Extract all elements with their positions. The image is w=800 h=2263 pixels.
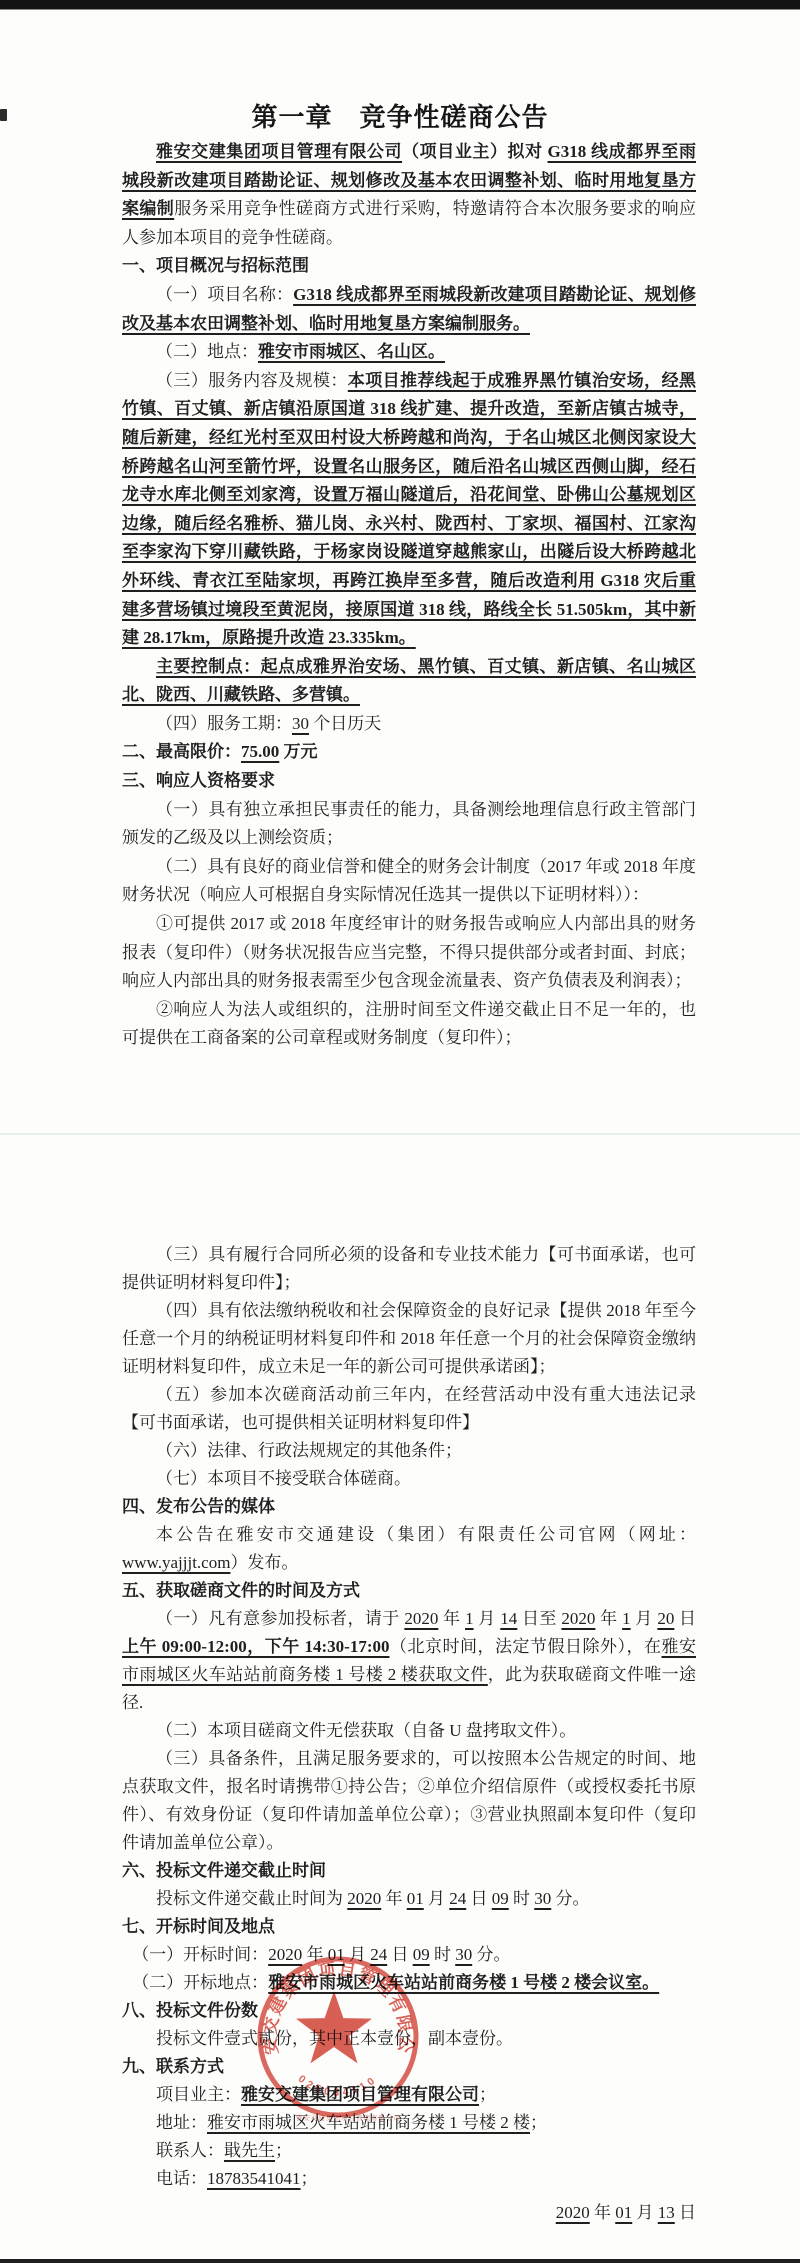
section-heading: 七、开标时间及地点 <box>122 1913 696 1941</box>
paragraph: ①可提供 2017 或 2018 年度经审计的财务报告或响应人内部出具的财务报表… <box>122 910 696 996</box>
paragraph: （四）服务工期：30 个日历天 <box>122 710 696 739</box>
paragraph: 本公告在雅安市交通建设（集团）有限责任公司官网（网址：www.yajjjt.co… <box>122 1521 696 1577</box>
paragraph: （四）具有依法缴纳税收和社会保障资金的良好记录【提供 2018 年至今任意一个月… <box>122 1297 696 1381</box>
paragraph: （一）具有独立承担民事责任的能力，具备测绘地理信息行政主管部门颁发的乙级及以上测… <box>122 796 696 853</box>
paragraph: （三）具有履行合同所必须的设备和专业技术能力【可书面承诺，也可提供证明材料复印件… <box>122 1241 696 1297</box>
section-heading: 三、响应人资格要求 <box>122 767 696 796</box>
date-line: 2020 年 01 月 13 日 <box>122 2199 696 2227</box>
document-title: 第一章 竞争性磋商公告 <box>0 97 800 134</box>
paragraph: 电话：18783541041； <box>122 2165 696 2193</box>
paragraph: 投标文件递交截止时间为 2020 年 01 月 24 日 09 时 30 分。 <box>122 1885 696 1913</box>
paragraph: （二）地点：雅安市雨城区、名山区。 <box>122 338 696 367</box>
seal-edge-microtext: 雅安交建集团项目管理有限公司 <box>296 2114 482 2123</box>
document-page: 第一章 竞争性磋商公告 雅安交建集团项目管理有限公司（项目业主）拟对 G318 … <box>0 0 800 2263</box>
section-heading: 一、项目概况与招标范围 <box>122 252 696 281</box>
document-body-block-1: 雅安交建集团项目管理有限公司（项目业主）拟对 G318 线成都界至雨城段新改建项… <box>122 138 696 1053</box>
page-break-line <box>0 1133 800 1135</box>
paragraph: （一）项目名称：G318 线成都界至雨城段新改建项目踏勘论证、规划修改及基本农田… <box>122 281 696 338</box>
paragraph: （五）参加本次磋商活动前三年内，在经营活动中没有重大违法记录【可书面承诺，也可提… <box>122 1381 696 1437</box>
paragraph: （三）服务内容及规模：本项目推荐线起于成雅界黑竹镇治安场，经黑竹镇、百丈镇、新店… <box>122 367 696 653</box>
paragraph: 雅安交建集团项目管理有限公司（项目业主）拟对 G318 线成都界至雨城段新改建项… <box>122 138 696 252</box>
paragraph: （一）凡有意参加投标者，请于 2020 年 1 月 14 日至 2020 年 1… <box>122 1605 696 1717</box>
paragraph: ②响应人为法人或组织的，注册时间至文件递交截止日不足一年的，也可提供在工商备案的… <box>122 996 696 1053</box>
scan-edge-bottom <box>0 2259 800 2263</box>
paragraph: （三）具备条件，且满足服务要求的，可以按照本公告规定的时间、地点获取文件，报名时… <box>122 1745 696 1857</box>
paragraph: （二）本项目磋商文件无偿获取（自备 U 盘拷取文件）。 <box>122 1717 696 1745</box>
seal-serial-text: 025034110 <box>296 2073 380 2099</box>
scan-edge-top <box>0 0 800 10</box>
paragraph: （二）具有良好的商业信誉和健全的财务会计制度（2017 年或 2018 年度财务… <box>122 853 696 910</box>
official-seal: 雅安交建集团项目管理有限公司 025034110 <box>250 1954 426 2124</box>
section-heading: 六、投标文件递交截止时间 <box>122 1857 696 1885</box>
paragraph: （六）法律、行政法规规定的其他条件； <box>122 1437 696 1465</box>
seal-star-icon <box>296 1991 372 2063</box>
paragraph: （七）本项目不接受联合体磋商。 <box>122 1465 696 1493</box>
paragraph: 联系人：戢先生； <box>122 2137 696 2165</box>
section-heading: 五、获取磋商文件的时间及方式 <box>122 1577 696 1605</box>
section-heading: 四、发布公告的媒体 <box>122 1493 696 1521</box>
paragraph: 主要控制点：起点成雅界治安场、黑竹镇、百丈镇、新店镇、名山城区北、陇西、川藏铁路… <box>122 653 696 710</box>
section-heading: 二、最高限价：75.00 万元 <box>122 738 696 767</box>
